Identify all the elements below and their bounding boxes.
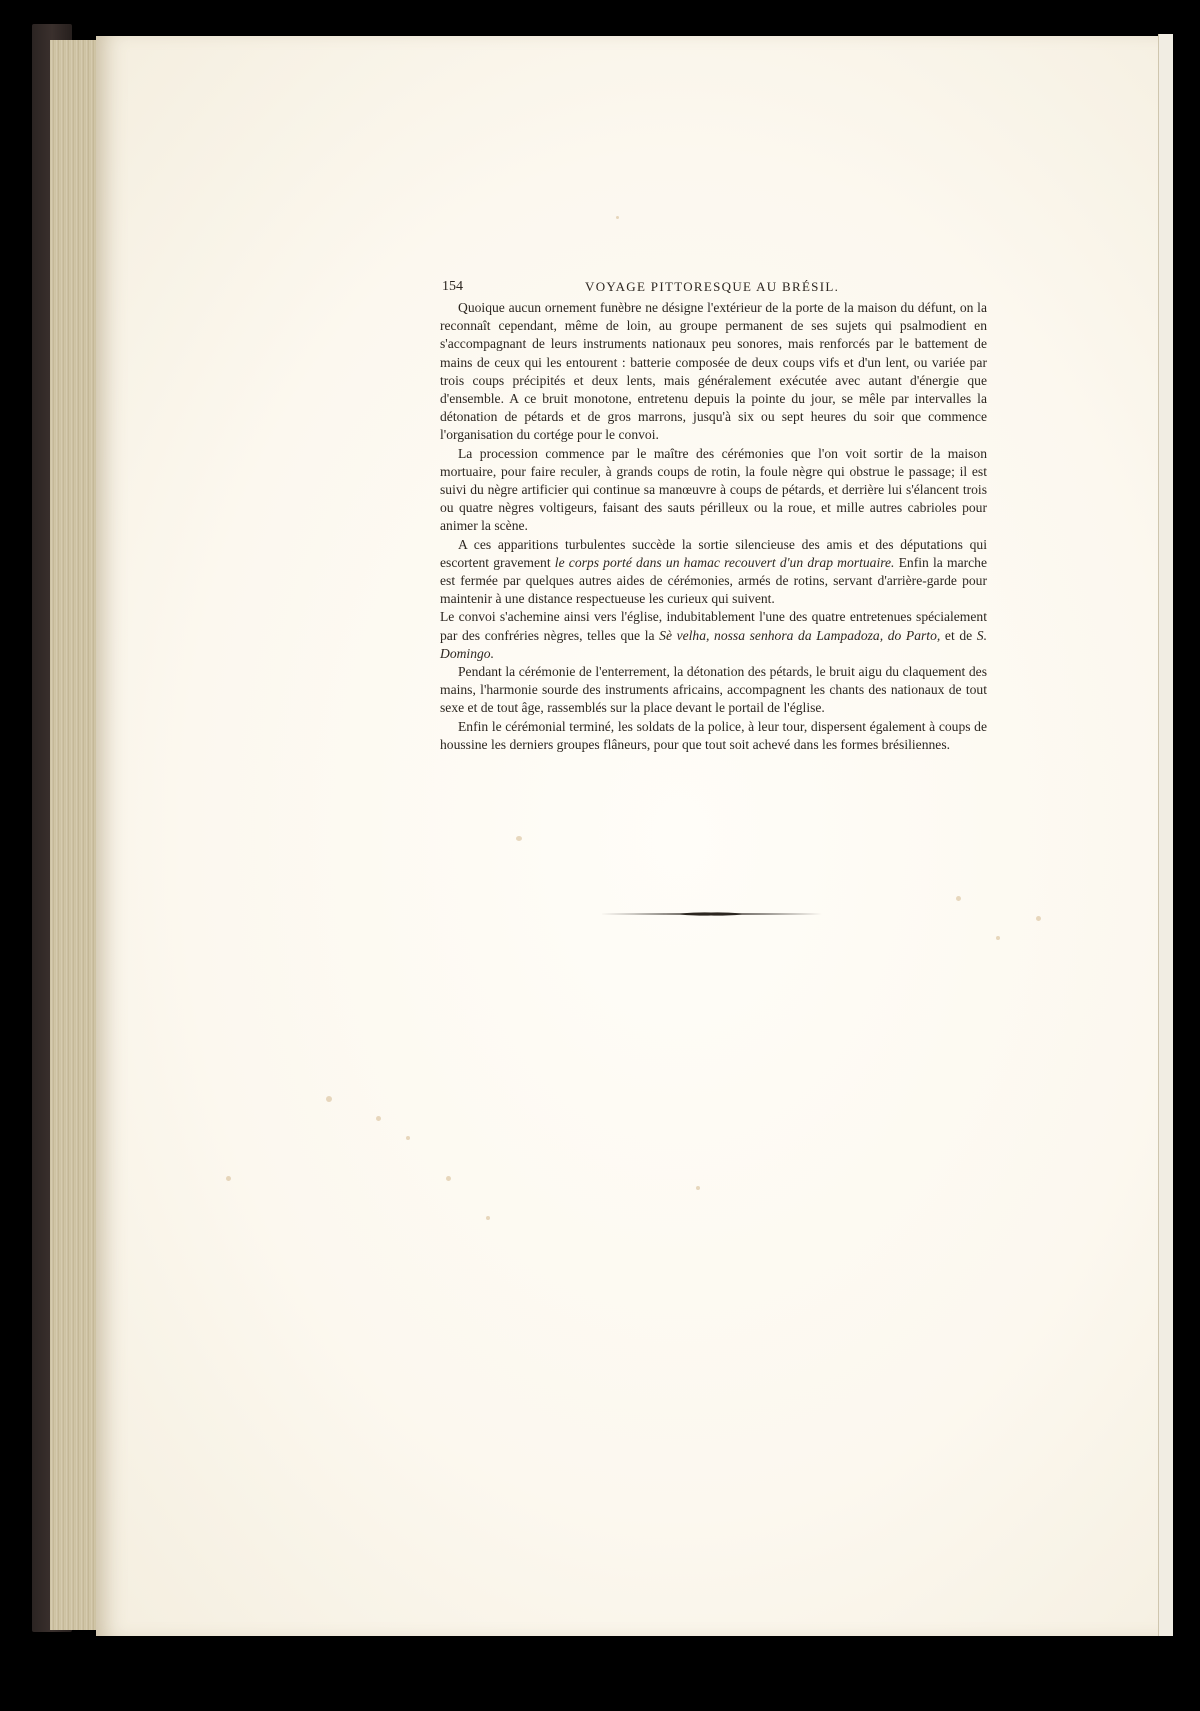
foxing-spot [516,836,522,841]
foxing-spot [1036,916,1041,921]
foxing-spot [956,896,961,901]
paragraph: Le convoi s'achemine ainsi vers l'église… [440,608,987,663]
italic-phrase: le corps porté dans un hamac recouvert d… [555,555,895,570]
running-head-title: VOYAGE PITTORESQUE AU BRÉSIL. [585,279,839,295]
foxing-spot [446,1176,451,1181]
foxing-spot [616,216,619,219]
foxing-spot [996,936,1000,940]
paragraph: La procession commence par le maître des… [440,445,987,536]
tailpiece-ornament [600,911,822,917]
paragraph: Pendant la cérémonie de l'enterrement, l… [440,663,987,718]
book-page [96,36,1158,1636]
italic-phrase: Sè velha, nossa senhora da Lampadoza, do… [659,628,940,643]
right-page-edge [1158,34,1173,1636]
running-head: 154 VOYAGE PITTORESQUE AU BRÉSIL. [440,279,987,299]
foxing-spot [406,1136,410,1140]
text-column: 154 VOYAGE PITTORESQUE AU BRÉSIL. Quoiqu… [440,279,987,754]
paragraph: Quoique aucun ornement funèbre ne désign… [440,299,987,445]
text-span: et de [940,628,977,643]
foxing-spot [326,1096,332,1102]
foxing-spot [226,1176,231,1181]
paragraph: A ces apparitions turbulentes succède la… [440,536,987,609]
foxing-spot [486,1216,490,1220]
foxing-spot [696,1186,700,1190]
page-number: 154 [442,279,463,295]
foxing-spot [376,1116,381,1121]
page-edges [50,40,100,1630]
paragraph: Enfin le cérémonial terminé, les soldats… [440,718,987,754]
